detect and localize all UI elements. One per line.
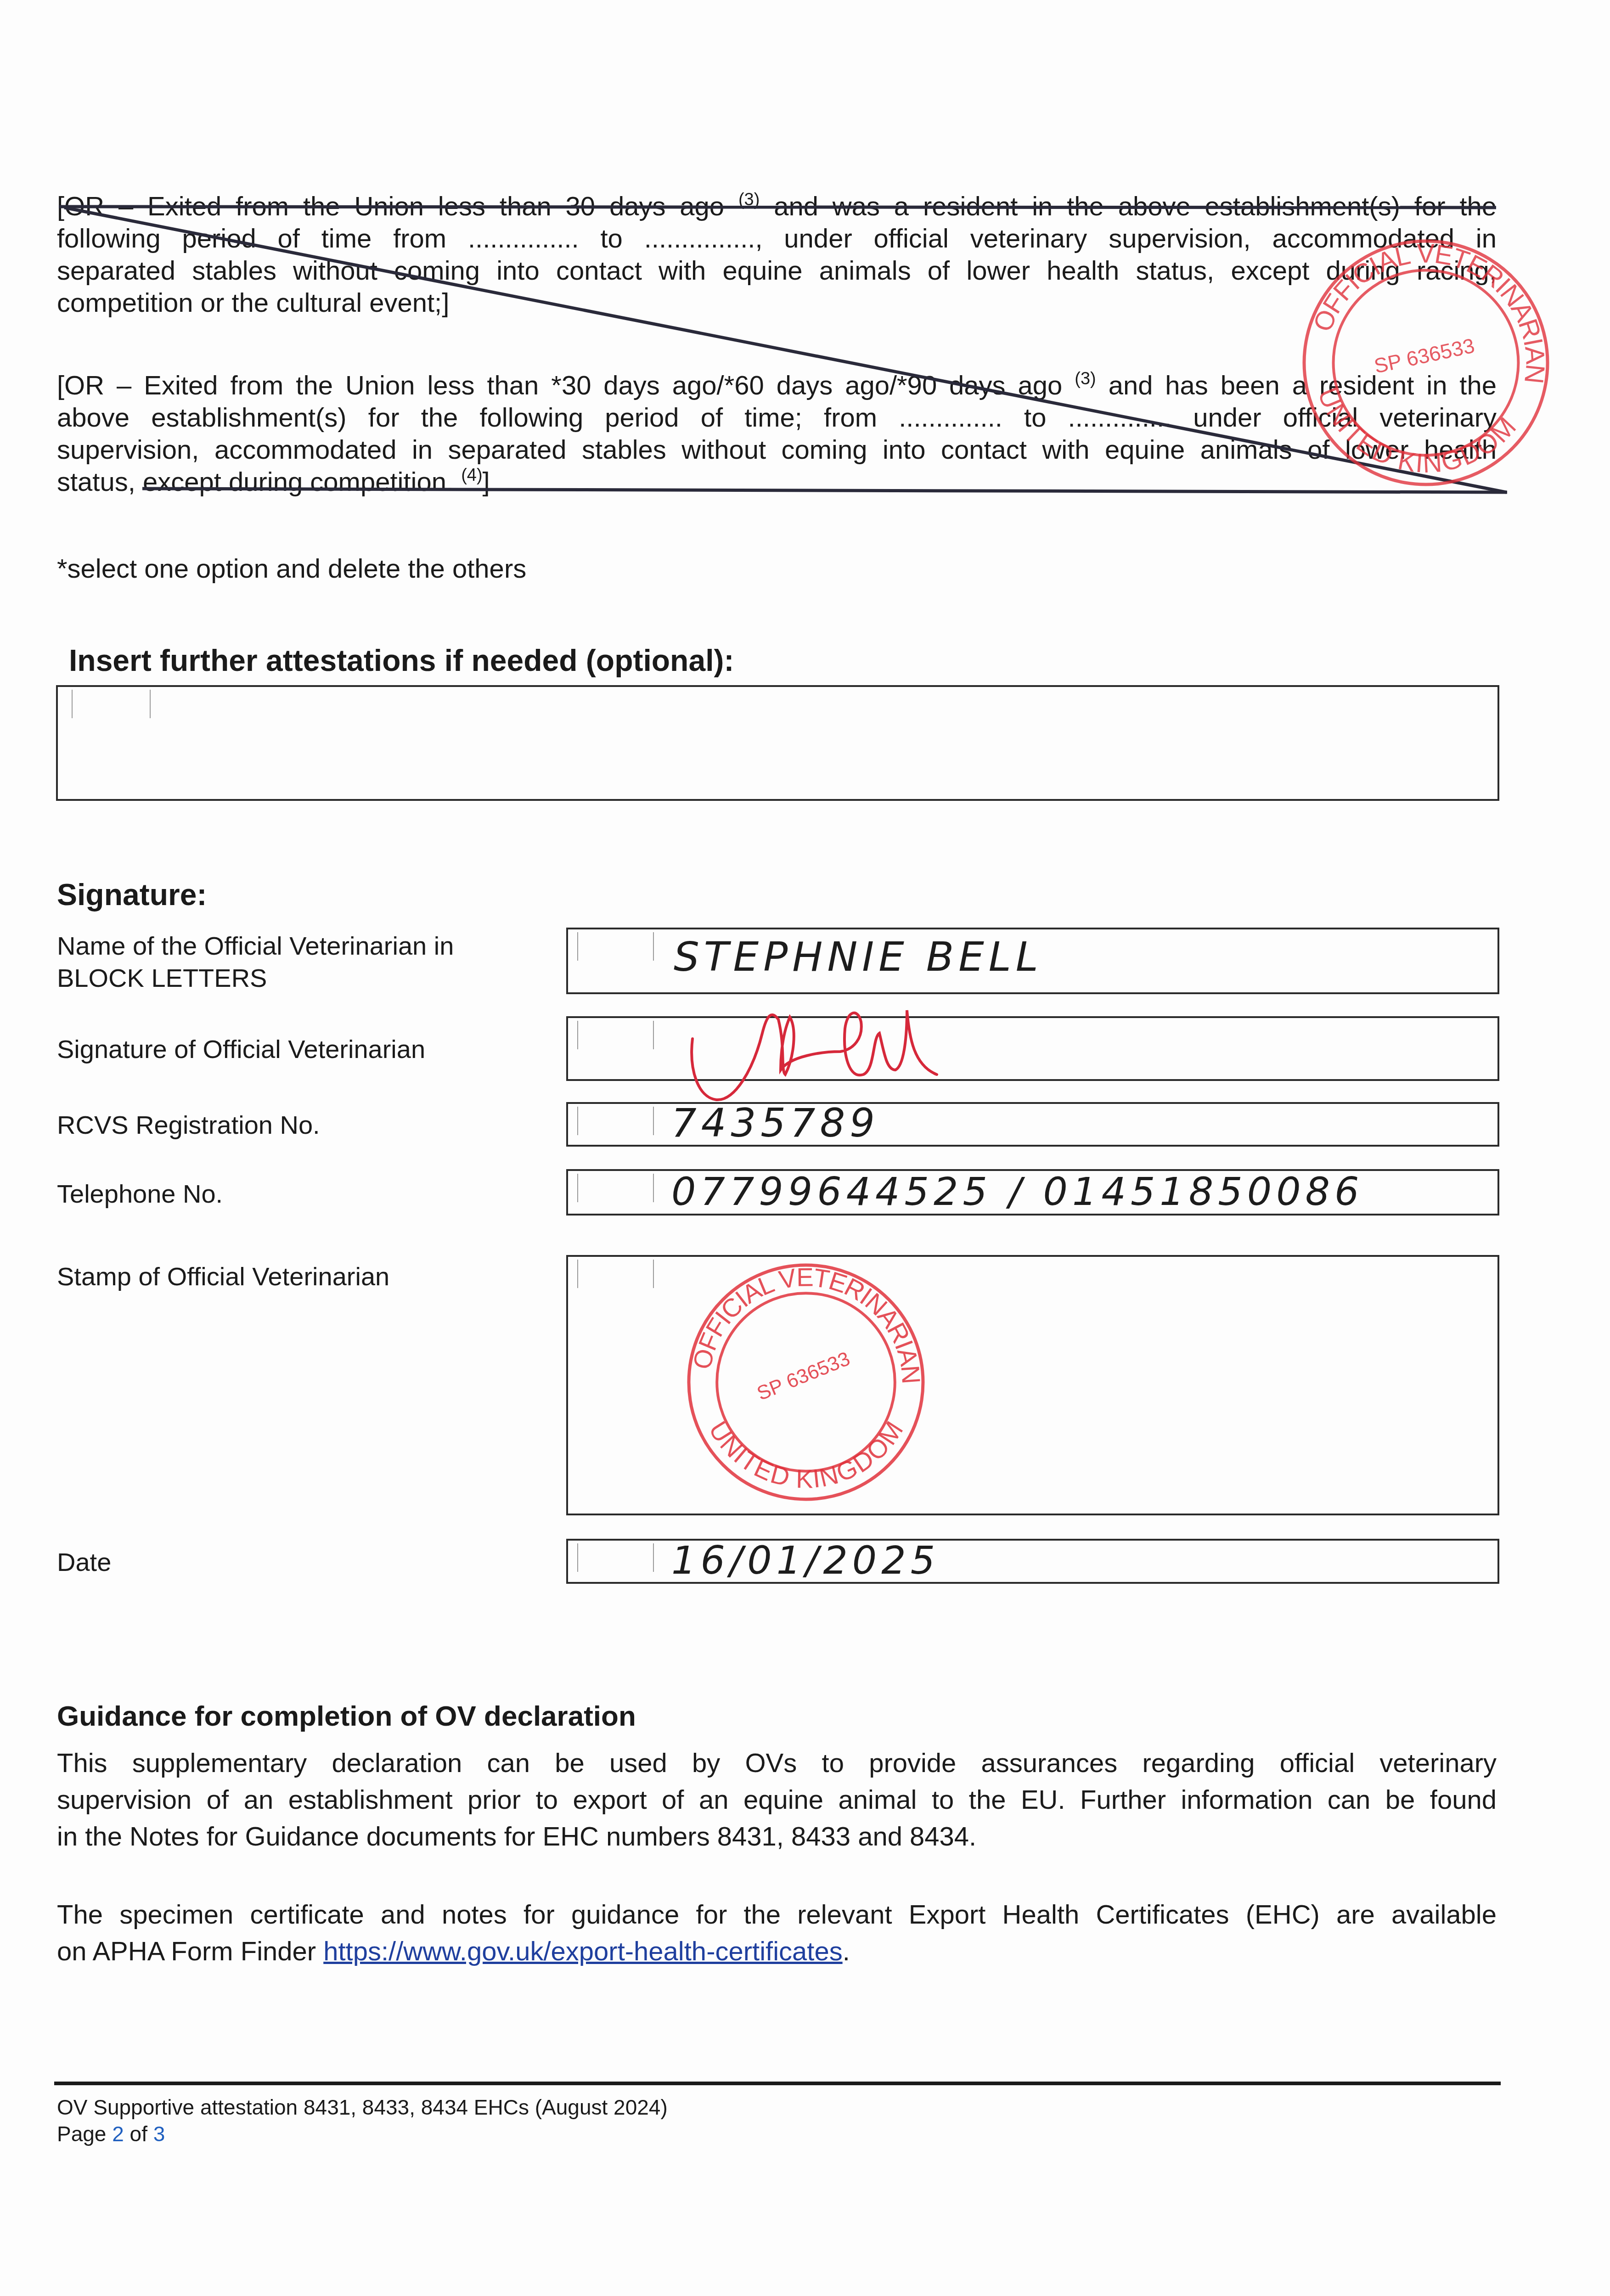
paragraph-line: above establishment(s) for the following… (57, 402, 1497, 434)
field-cursor-mark (577, 1107, 578, 1135)
date-label: Date (57, 1546, 111, 1578)
date-value: 16/01/2025 (671, 1538, 940, 1583)
stamp-label: Stamp of Official Veterinarian (57, 1261, 389, 1293)
telephone-field[interactable]: 07799644525 / 01451850086 (566, 1169, 1499, 1216)
paragraph-line: supervision, accommodated in separated s… (57, 434, 1497, 466)
further-attestations-field[interactable] (56, 685, 1499, 801)
page-of: of (124, 2122, 153, 2146)
field-cursor-mark (577, 1543, 578, 1572)
specimen-line: on APHA Form Finder https://www.gov.uk/e… (57, 1933, 1497, 1970)
field-cursor-mark (653, 1543, 654, 1572)
guidance-heading: Guidance for completion of OV declaratio… (57, 1700, 636, 1733)
option-paragraph-1: [OR – Exited from the Union less than 30… (57, 191, 1497, 319)
signature-heading: Signature: (57, 877, 207, 912)
page-prefix: Page (57, 2122, 112, 2146)
guidance-body: This supplementary declaration can be us… (57, 1745, 1497, 1855)
field-cursor-mark (577, 1174, 578, 1202)
footer-doc-title: OV Supportive attestation 8431, 8433, 84… (57, 2094, 668, 2121)
specimen-line-text: on APHA Form Finder (57, 1936, 323, 1966)
specimen-paragraph: The specimen certificate and notes for g… (57, 1896, 1497, 1970)
telephone-value: 07799644525 / 01451850086 (671, 1169, 1363, 1214)
name-label: Name of the Official Veterinarian in BLO… (57, 930, 454, 994)
name-field[interactable]: STEPHNIE BELL (566, 928, 1499, 994)
field-cursor-mark (653, 1021, 654, 1049)
field-cursor-mark (150, 690, 151, 718)
specimen-line: The specimen certificate and notes for g… (57, 1896, 1497, 1933)
page-total: 3 (153, 2122, 165, 2146)
further-attestations-heading: Insert further attestations if needed (o… (69, 643, 734, 678)
paragraph-line: separated stables without coming into co… (57, 255, 1497, 287)
paragraph-line: status, except during competition. (4)] (57, 466, 1497, 498)
signature-field[interactable] (566, 1016, 1499, 1081)
select-note: *select one option and delete the others (57, 553, 526, 584)
guidance-line: This supplementary declaration can be us… (57, 1745, 1497, 1782)
export-health-certificates-link[interactable]: https://www.gov.uk/export-health-certifi… (323, 1936, 842, 1966)
footer-divider (54, 2082, 1501, 2085)
name-value: STEPHNIE BELL (674, 933, 1043, 980)
guidance-line: in the Notes for Guidance documents for … (57, 1818, 1497, 1855)
telephone-label: Telephone No. (57, 1178, 223, 1210)
paragraph-line: [OR – Exited from the Union less than 30… (57, 191, 1497, 223)
field-cursor-mark (577, 1021, 578, 1049)
field-cursor-mark (653, 1107, 654, 1135)
rcvs-field[interactable]: 7435789 (566, 1102, 1499, 1147)
name-label-line: BLOCK LETTERS (57, 962, 454, 994)
paragraph-line: [OR – Exited from the Union less than *3… (57, 370, 1497, 402)
field-cursor-mark (72, 690, 73, 718)
option-paragraph-2: [OR – Exited from the Union less than *3… (57, 370, 1497, 498)
rcvs-value: 7435789 (671, 1100, 879, 1146)
field-cursor-mark (577, 1260, 578, 1288)
paragraph-line: competition or the cultural event;] (57, 287, 1497, 319)
footer-page-number: Page 2 of 3 (57, 2121, 165, 2147)
paragraph-line: following period of time from ..........… (57, 223, 1497, 255)
guidance-line: supervision of an establishment prior to… (57, 1782, 1497, 1818)
rcvs-label: RCVS Registration No. (57, 1109, 320, 1141)
signature-label: Signature of Official Veterinarian (57, 1033, 425, 1065)
stamp-field[interactable] (566, 1255, 1499, 1515)
field-cursor-mark (653, 1260, 654, 1288)
field-cursor-mark (653, 1174, 654, 1202)
field-cursor-mark (653, 932, 654, 961)
field-cursor-mark (577, 932, 578, 961)
date-field[interactable]: 16/01/2025 (566, 1539, 1499, 1584)
link-suffix: . (843, 1936, 850, 1966)
page-current: 2 (112, 2122, 124, 2146)
name-label-line: Name of the Official Veterinarian in (57, 930, 454, 962)
